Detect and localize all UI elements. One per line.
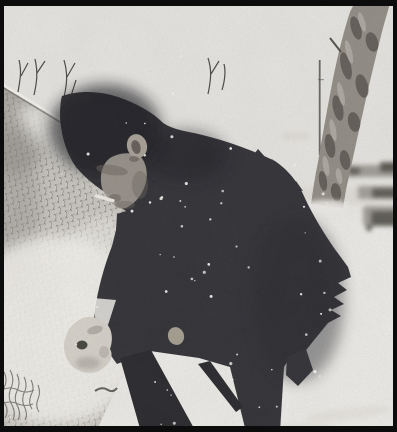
photo-frame: [0, 0, 397, 432]
frame-right: [393, 0, 397, 432]
frame-top: [0, 0, 397, 6]
frame-bottom: [0, 426, 397, 432]
frame-left: [0, 0, 4, 432]
film-grain-light: [0, 0, 397, 432]
photograph: [0, 0, 397, 432]
